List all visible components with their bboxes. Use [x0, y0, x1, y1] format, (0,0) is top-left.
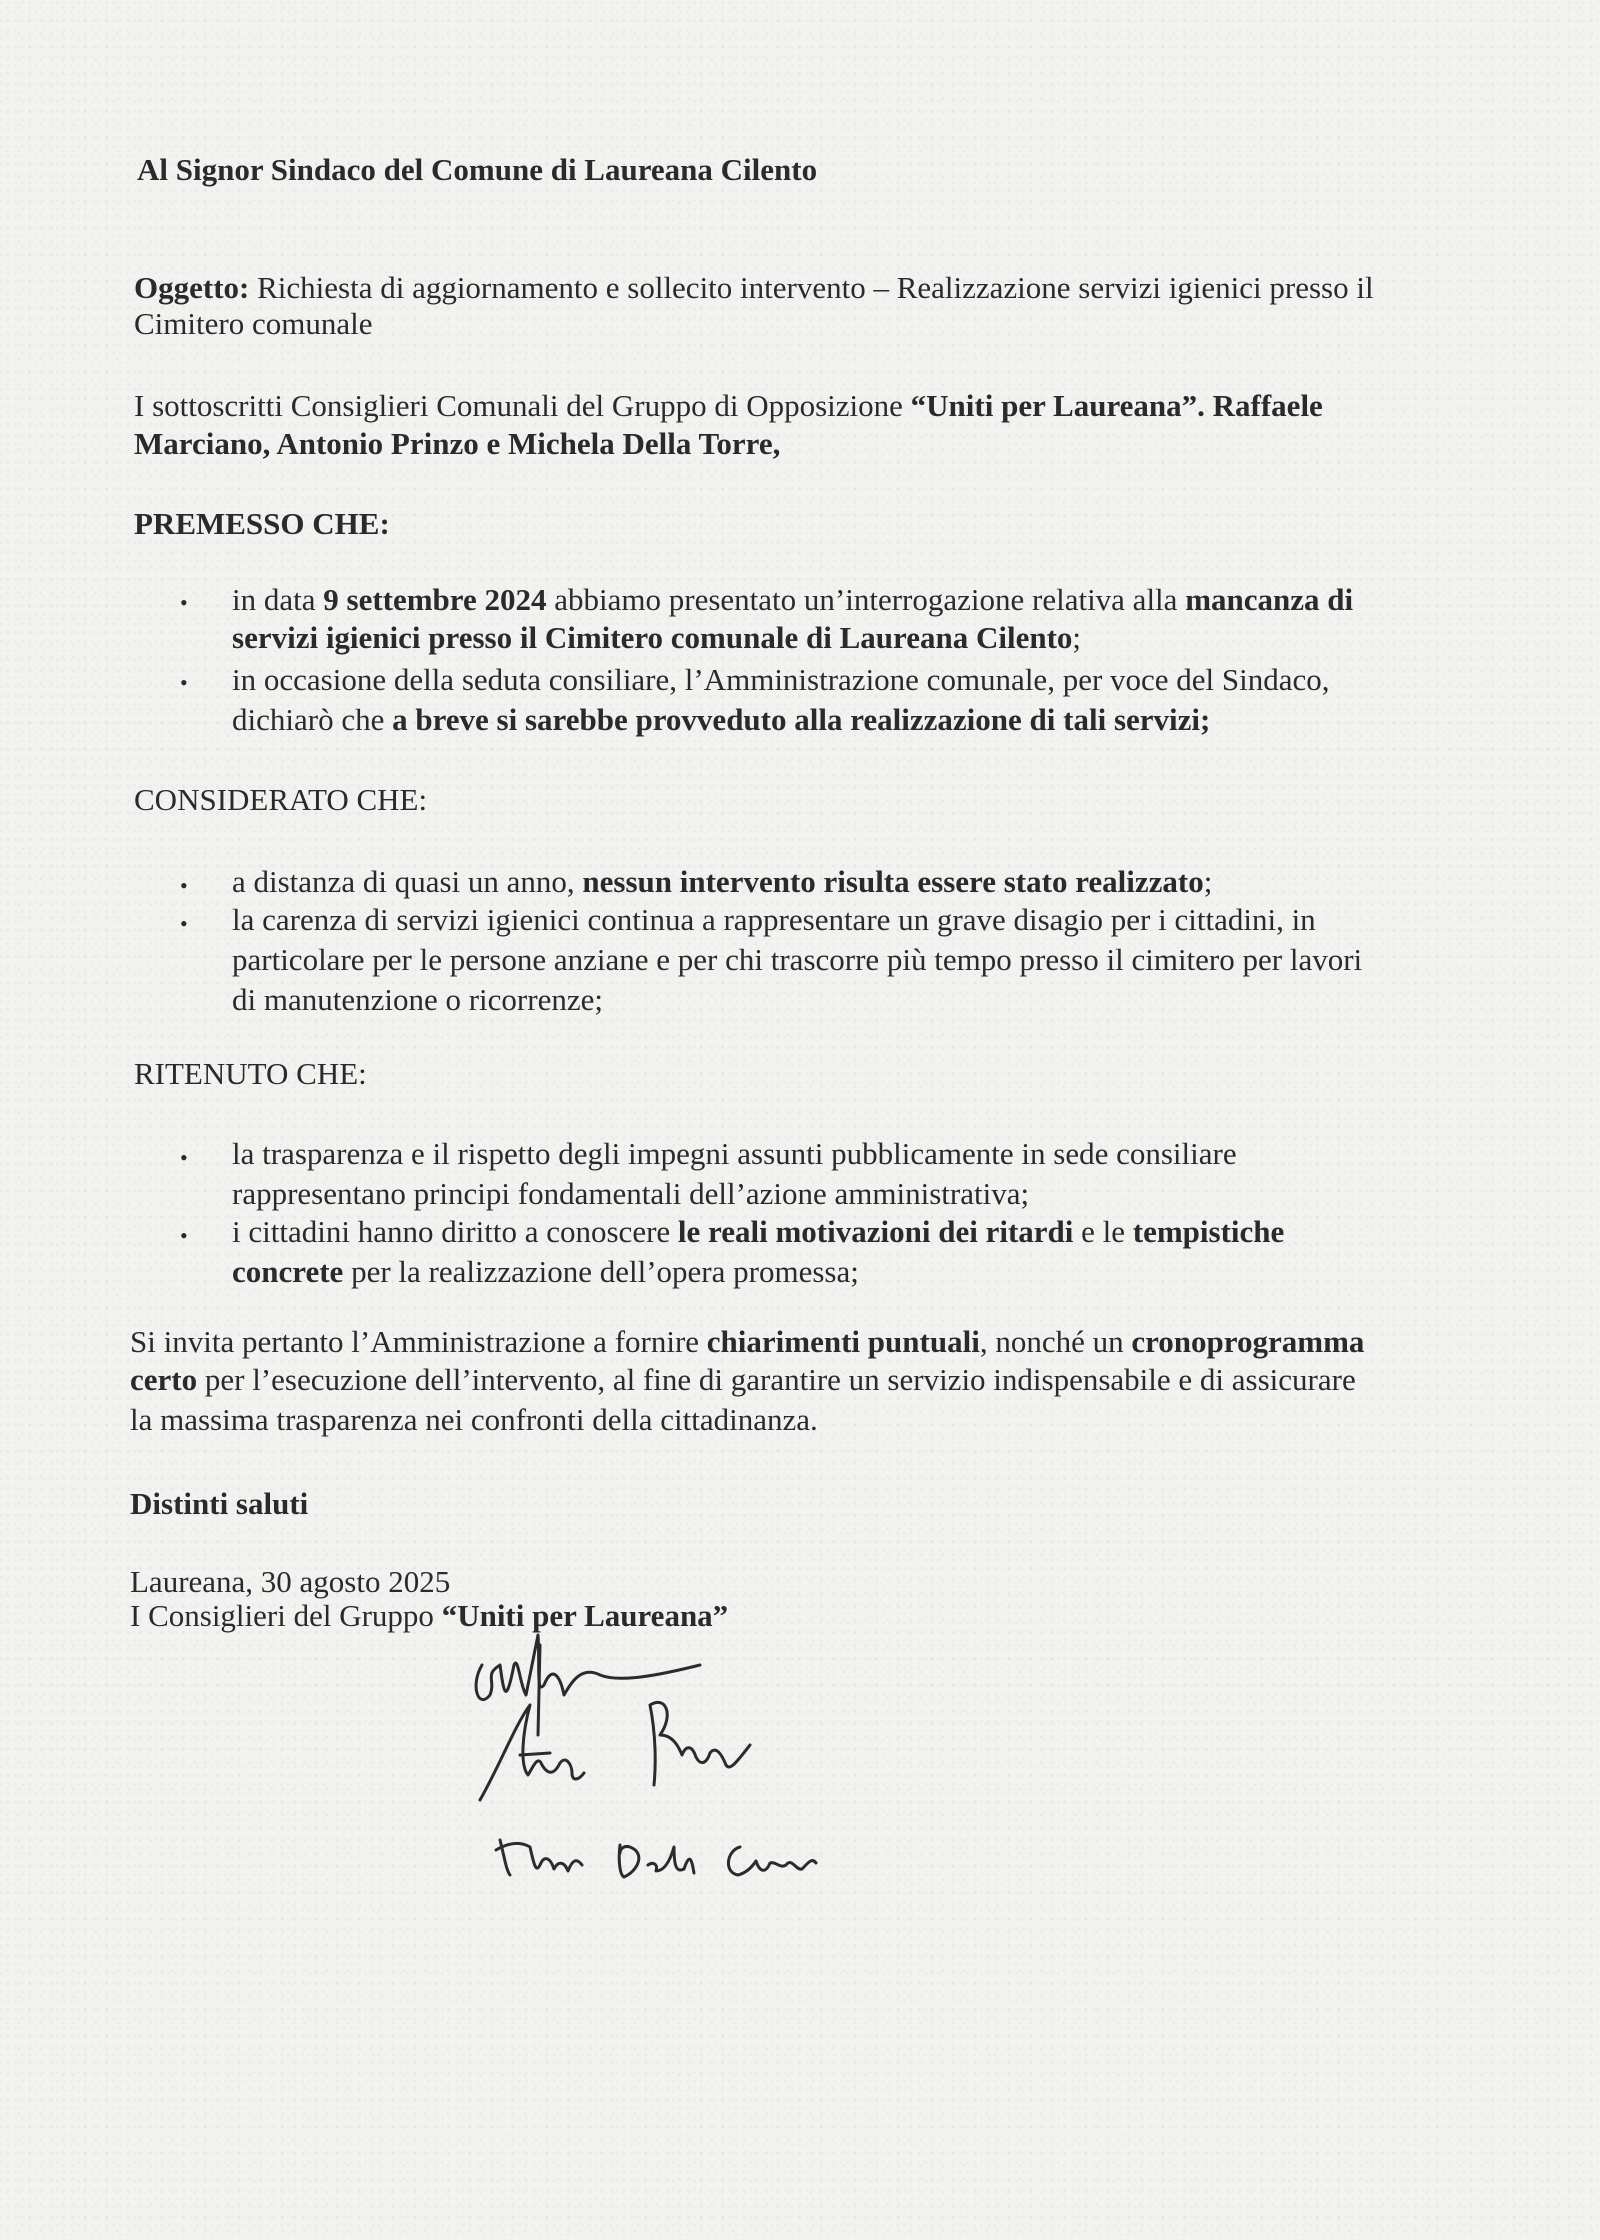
addressee: Al Signor Sindaco del Comune di Laureana… [137, 152, 817, 188]
intro-line-2: Marciano, Antonio Prinzo e Michela Della… [134, 426, 780, 462]
premesso-item-2-line-1: in occasione della seduta consiliare, l’… [232, 662, 1330, 698]
ritenuto-item-2-line-1: i cittadini hanno diritto a conoscere le… [232, 1214, 1284, 1250]
considerato-item-2-line-2: particolare per le persone anziane e per… [232, 942, 1362, 978]
place-date: Laureana, 30 agosto 2025 [130, 1564, 450, 1600]
signatures [460, 1625, 920, 1885]
heading-considerato: CONSIDERATO CHE: [134, 782, 427, 818]
bullet-icon: • [180, 585, 188, 621]
signature-icon [496, 1840, 816, 1877]
considerato-item-1: a distanza di quasi un anno, nessun inte… [232, 864, 1212, 900]
bullet-icon: • [180, 1218, 188, 1254]
ritenuto-item-1-line-2: rappresentano principi fondamentali dell… [232, 1176, 1029, 1212]
heading-premesso: PREMESSO CHE: [134, 506, 390, 542]
ritenuto-item-2-line-2: concrete per la realizzazione dell’opera… [232, 1254, 859, 1290]
signature-icon [480, 1702, 750, 1800]
considerato-item-2-line-3: di manutenzione o ricorrenze; [232, 982, 603, 1018]
heading-ritenuto: RITENUTO CHE: [134, 1056, 367, 1092]
bullet-icon: • [180, 906, 188, 942]
bullet-icon: • [180, 665, 188, 701]
closing: Distinti saluti [130, 1486, 308, 1522]
intro-line-1: I sottoscritti Consiglieri Comunali del … [134, 388, 1323, 424]
bullet-icon: • [180, 1140, 188, 1176]
ritenuto-item-1-line-1: la trasparenza e il rispetto degli impeg… [232, 1136, 1237, 1172]
subject-label: Oggetto: [134, 270, 249, 305]
considerato-item-2-line-1: la carenza di servizi igienici continua … [232, 902, 1316, 938]
premesso-item-2-line-2: dichiarò che a breve si sarebbe provvedu… [232, 702, 1210, 738]
premesso-item-1-line-1: in data 9 settembre 2024 abbiamo present… [232, 582, 1353, 618]
bullet-icon: • [180, 868, 188, 904]
premesso-item-1-line-2: servizi igienici presso il Cimitero comu… [232, 620, 1081, 656]
subject-line-2: Cimitero comunale [134, 306, 372, 342]
request-line-3: la massima trasparenza nei confronti del… [130, 1402, 818, 1438]
request-line-2: certo per l’esecuzione dell’intervento, … [130, 1362, 1356, 1398]
request-line-1: Si invita pertanto l’Amministrazione a f… [130, 1324, 1364, 1360]
subject-line-1: Oggetto: Richiesta di aggiornamento e so… [134, 270, 1374, 306]
